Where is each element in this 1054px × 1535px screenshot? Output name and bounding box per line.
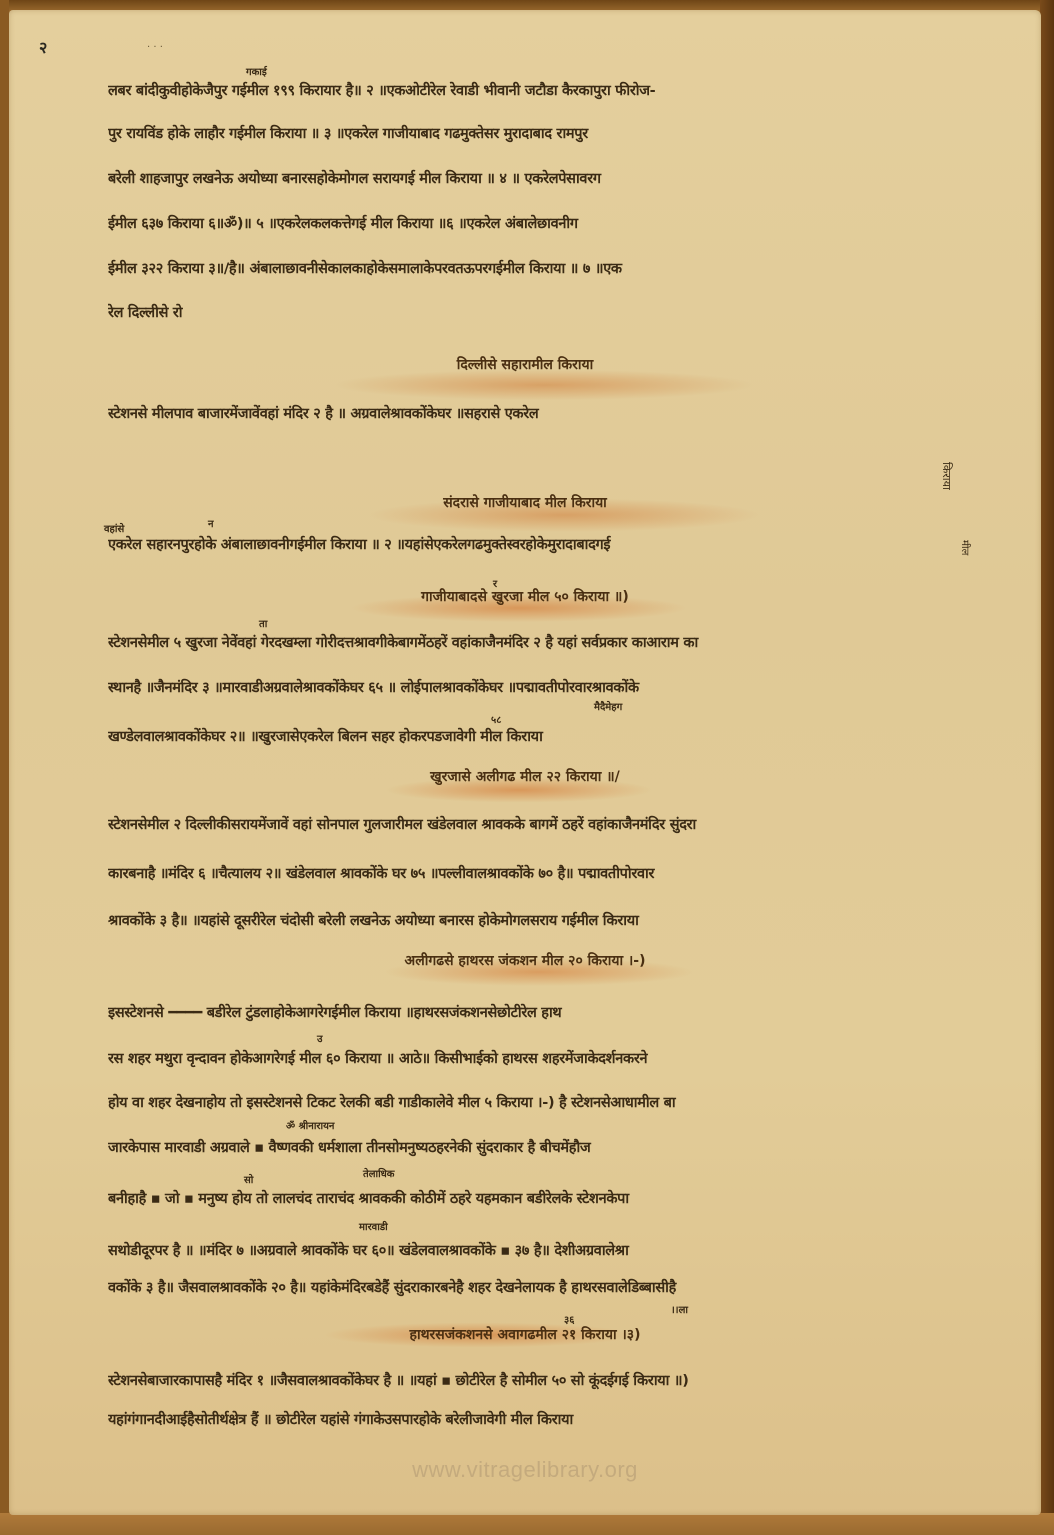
text-line: लबर बांदीकुवीहोकेजैपुर गईमील १९९ किरायार… xyxy=(108,80,958,100)
text-line: कारबनाहै ॥मंदिर ६ ॥चैत्यालय २॥ खंडेलवाल … xyxy=(108,863,958,883)
text-line: स्टेशनसेबाजारकापासहै मंदिर १ ॥जैसवालश्रा… xyxy=(108,1370,958,1390)
text-line: होय वा शहर देखनाहोय तो इसस्टेशनसे टिकट र… xyxy=(108,1092,958,1112)
interlinear-note: ३६ xyxy=(564,1312,574,1326)
text-line: ईमील ३२२ किराया ३॥/है॥ अंबालाछावनीसेकालक… xyxy=(108,258,958,278)
text-line: जारकेपास मारवाडी अग्रवाले ▪ वैष्णवकी धर्… xyxy=(108,1137,958,1157)
scan-frame-right xyxy=(1040,0,1054,1535)
text-line: स्टेशनसेमील २ दिल्लीकीसरायमेंजावें वहां … xyxy=(108,814,958,834)
interlinear-note: ता xyxy=(259,616,267,630)
scan-frame-bottom xyxy=(0,1513,1054,1535)
watermark: www.vitragelibrary.org xyxy=(9,1457,1041,1483)
interlinear-note: ॐ श्रीनारायन xyxy=(286,1118,334,1132)
interlinear-note: मैदैमेहग xyxy=(594,699,622,713)
section-heading: खुरजासे अलीगढ मील २२ किराया ॥/ xyxy=(9,767,1041,786)
text-line: बरेली शाहजापुर लखनेऊ अयोध्या बनारसहोकेमो… xyxy=(108,168,958,188)
text-line: स्थानहै ॥जैनमंदिर ३ ॥मारवाडीअग्रवालेश्रा… xyxy=(108,677,958,697)
interlinear-note: गकाई xyxy=(246,64,267,78)
margin-note-kiraya: किराया xyxy=(939,462,954,490)
text-line: वकोंके ३ है॥ जैसवालश्रावकोंके २० है॥ यहा… xyxy=(108,1277,958,1297)
interlinear-note: ।।ला xyxy=(671,1302,688,1316)
text-line: स्टेशनसे मीलपाव बाजारमेंजावेंवहां मंदिर … xyxy=(108,403,958,423)
manuscript-page: २ · · · लबर बांदीकुवीहोकेजैपुर गईमील १९९… xyxy=(9,10,1041,1515)
section-heading: गाजीयाबादसे खुरजा मील ५० किराया ॥) xyxy=(9,587,1041,606)
page-number: २ xyxy=(39,36,47,58)
text-line: यहांगंगानदीआईहैसोतीर्थक्षेत्र हैं ॥ छोटी… xyxy=(108,1409,958,1429)
text-line: बनीहाहै ▪ जो ▪ मनुष्य होय तो लालचंद तारा… xyxy=(108,1188,958,1208)
interlinear-note: ५८ xyxy=(491,712,501,726)
section-heading: संदरासे गाजीयाबाद मील किराया xyxy=(9,493,1041,512)
text-line: इसस्टेशनसे ━━━━ बडीरेल टुंडलाहोकेआगरेगईम… xyxy=(108,1002,958,1022)
section-heading: हाथरसजंकशनसे अवागढमील २१ किराया ।३) xyxy=(9,1325,1041,1344)
interlinear-note: उ xyxy=(317,1031,322,1045)
text-line: स्टेशनसेमील ५ खुरजा नेवेंवहां गेरदखम्ला … xyxy=(108,632,958,652)
section-heading: दिल्लीसे सहारामील किराया xyxy=(9,355,1041,374)
section-heading: अलीगढसे हाथरस जंकशन मील २० किराया ।-) xyxy=(9,951,1041,970)
text-line: सथोडीदूरपर है ॥ ॥मंदिर ७ ॥अग्रवाले श्राव… xyxy=(108,1240,958,1260)
text-line: खण्डेलवालश्रावकोंकेघर २॥ ॥खुरजासेएकरेल ब… xyxy=(108,726,958,746)
text-line: रेल दिल्लीसे रो xyxy=(108,302,958,322)
interlinear-note: तेलाधिक xyxy=(363,1166,395,1180)
interlinear-note: न xyxy=(208,516,214,530)
text-line: पुर रायविंड होके लाहौर गईमील किराया ॥ ३ … xyxy=(108,123,958,143)
interlinear-note: सो xyxy=(244,1172,253,1186)
interlinear-note: र xyxy=(493,576,497,590)
interlinear-note: वहांसे xyxy=(104,521,124,535)
text-line: रस शहर मथुरा वृन्दावन होकेआगरेगई मील ६० … xyxy=(108,1048,958,1068)
text-line: ईमील ६३७ किराया ६॥ॐ)॥ ५ ॥एकरेलकलकत्तेगई … xyxy=(108,213,958,233)
margin-note-mil: मील xyxy=(959,540,973,555)
text-line: श्रावकोंके ३ है॥ ॥यहांसे दूसरीरेल चंदोसी… xyxy=(108,910,958,930)
interlinear-note: मारवाडी xyxy=(359,1219,388,1233)
scan-frame-left xyxy=(0,0,9,1535)
ink-dots: · · · xyxy=(147,42,163,53)
text-line: एकरेल सहारनपुरहोके अंबालाछावनीगईमील किरा… xyxy=(108,534,958,554)
